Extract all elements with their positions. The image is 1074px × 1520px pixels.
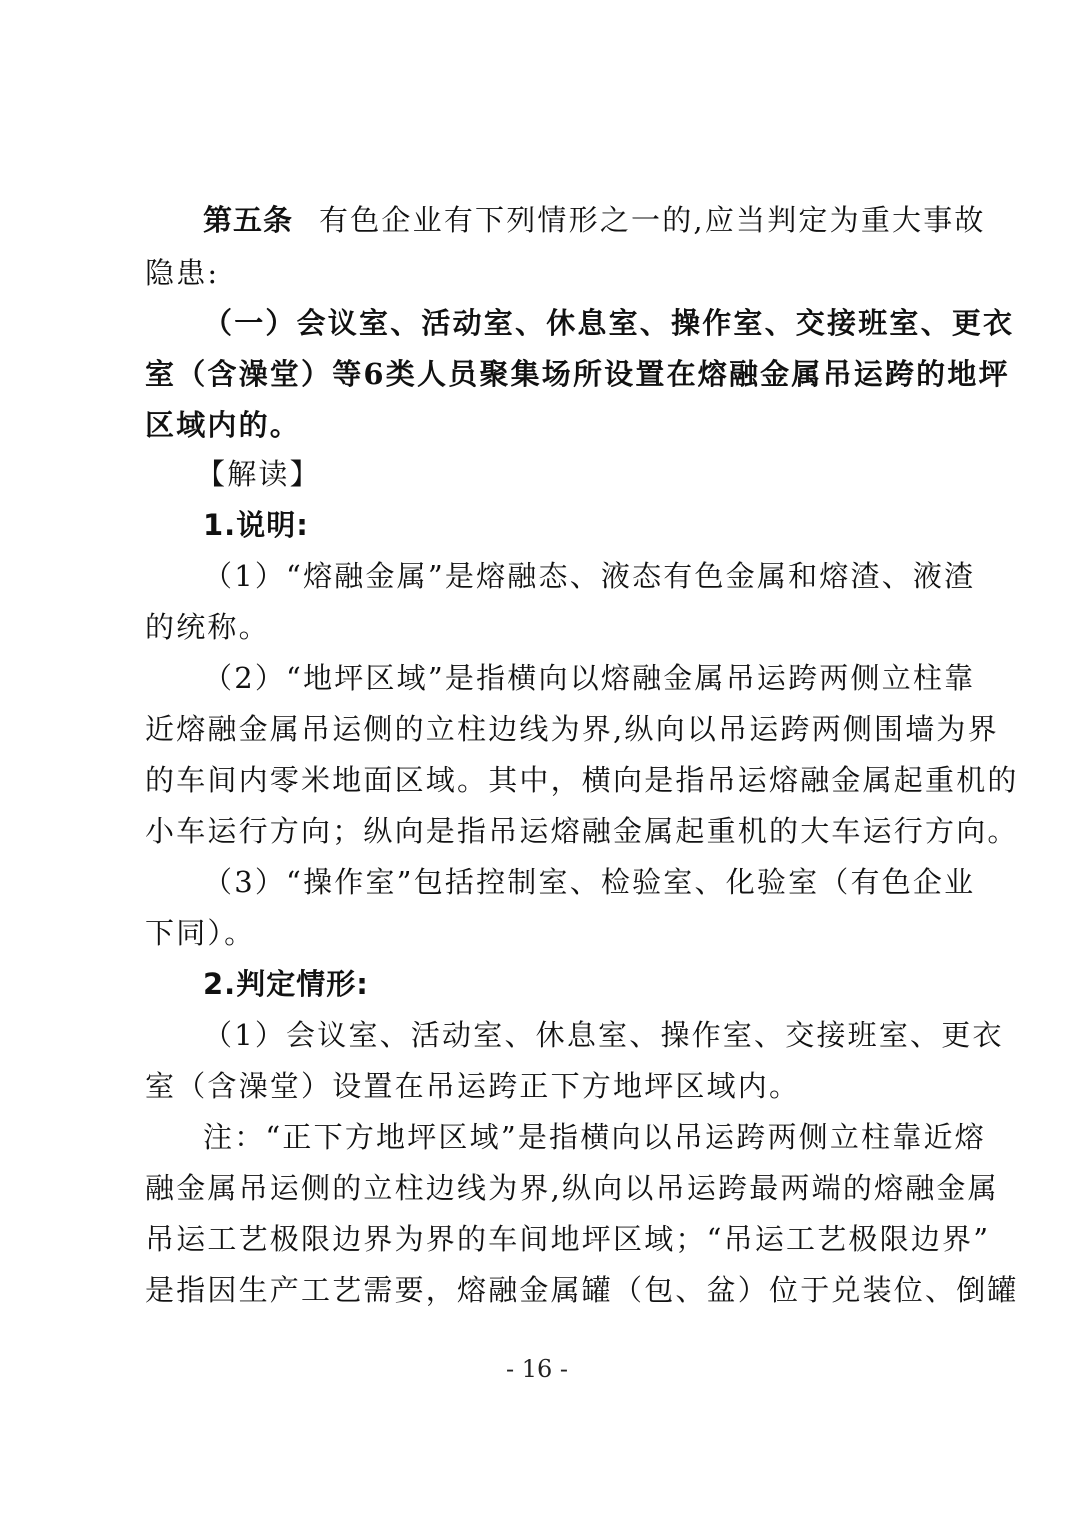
note-line: 是指因生产工艺需要，熔融金属罐（包、盆）位于兑装位、倒罐 — [145, 1273, 941, 1307]
document-page: 第五条有色企业有下列情形之一的,应当判定为重大事故 隐患: （一）会议室、活动室… — [0, 0, 1074, 1520]
interpretation-heading: 【解读】 — [196, 457, 996, 491]
paragraph-line: 下同）。 — [145, 916, 945, 950]
paragraph-line: （3）“操作室”包括控制室、检验室、化验室（有色企业 — [203, 865, 941, 899]
paragraph-line: 的车间内零米地面区域。其中，横向是指吊运熔融金属起重机的 — [145, 763, 941, 797]
paragraph-line: 的统称。 — [145, 610, 945, 644]
section-1-heading: 1.说明: — [203, 508, 1003, 542]
page-number: - 16 - — [0, 1355, 1074, 1383]
item-one-line: 室（含澡堂）等6类人员聚集场所设置在熔融金属吊运跨的地坪 — [145, 357, 941, 391]
paragraph-line: 室（含澡堂）设置在吊运跨正下方地坪区域内。 — [145, 1069, 945, 1103]
paragraph-line: （1）“熔融金属”是熔融态、液态有色金属和熔渣、液渣 — [203, 559, 941, 593]
paragraph-line: 小车运行方向；纵向是指吊运熔融金属起重机的大车运行方向。 — [145, 814, 941, 848]
note-line: 吊运工艺极限边界为界的车间地坪区域；“吊运工艺极限边界” — [145, 1222, 941, 1256]
paragraph-line: （1）会议室、活动室、休息室、操作室、交接班室、更衣 — [203, 1018, 941, 1052]
note-line: 融金属吊运侧的立柱边线为界,纵向以吊运跨最两端的熔融金属 — [145, 1171, 941, 1205]
section-2-heading: 2.判定情形: — [203, 967, 1003, 1001]
article-text: 有色企业有下列情形之一的,应当判定为重大事故 — [319, 203, 986, 237]
item-one-line: 区域内的。 — [145, 408, 945, 442]
note-line: 注：“正下方地坪区域”是指横向以吊运跨两侧立柱靠近熔 — [203, 1120, 941, 1154]
article-text-line: 隐患: — [145, 256, 945, 290]
paragraph-line: 近熔融金属吊运侧的立柱边线为界,纵向以吊运跨两侧围墙为界 — [145, 712, 941, 746]
article-label: 第五条 — [203, 203, 293, 237]
article-heading-line: 第五条有色企业有下列情形之一的,应当判定为重大事故 — [203, 203, 941, 237]
item-one-line: （一）会议室、活动室、休息室、操作室、交接班室、更衣 — [203, 306, 941, 340]
paragraph-line: （2）“地坪区域”是指横向以熔融金属吊运跨两侧立柱靠 — [203, 661, 941, 695]
